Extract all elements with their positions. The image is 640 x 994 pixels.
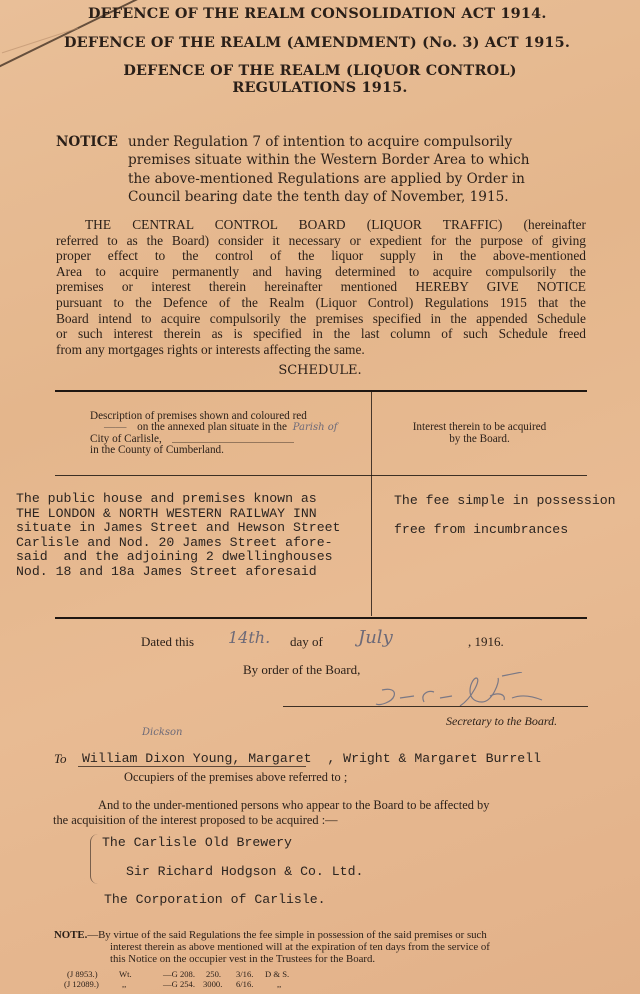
print-wt: Wt.	[119, 969, 132, 979]
interest-line: free from incumbrances	[394, 522, 568, 537]
description-line: The public house and premises known as	[16, 492, 340, 507]
table-bottom-rule	[55, 617, 587, 619]
notice-line: under Regulation 7 of intention to acqui…	[128, 133, 512, 152]
act-title-3a: DEFENCE OF THE REALM (LIQUOR CONTROL)	[0, 62, 640, 79]
body-line: THE CENTRAL CONTROL BOARD (LIQUOR TRAFFI…	[56, 217, 586, 233]
notice-line: Council bearing date the tenth day of No…	[128, 188, 509, 207]
affected-intro: And to the under-mentioned persons who a…	[98, 798, 489, 813]
body-line: Board intend to acquire compulsorily the…	[56, 311, 586, 327]
to-label: To	[54, 751, 67, 767]
schedule-title: SCHEDULE.	[0, 363, 640, 378]
affected-intro: the acquisition of the interest proposed…	[53, 813, 338, 828]
table-header-rule	[55, 475, 587, 476]
affected-party: Sir Richard Hodgson & Co. Ltd.	[126, 864, 363, 879]
act-title-3b: REGULATIONS 1915.	[0, 79, 640, 96]
description-line: Carlisle and Nod. 20 James Street afore-	[16, 536, 340, 551]
col1-header-line: in the County of Cumberland.	[90, 444, 224, 457]
notice-line: the above-mentioned Regulations are appl…	[128, 170, 525, 189]
secretary-title: Secretary to the Board.	[446, 714, 557, 729]
interest-line: The fee simple in possession	[394, 493, 616, 508]
affected-party: The Carlisle Old Brewery	[102, 835, 292, 850]
description-line: THE LONDON & NORTH WESTERN RAILWAY INN	[16, 507, 340, 522]
dated-middle: day of	[290, 634, 323, 650]
print-wt: ,,	[122, 979, 126, 989]
dated-year: , 1916.	[468, 634, 504, 650]
document-page: DEFENCE OF THE REALM CONSOLIDATION ACT 1…	[0, 0, 640, 994]
addressee-names: William Dixon Young, Margaret , Wright &…	[82, 751, 541, 766]
print-code: —G 254.	[163, 979, 195, 989]
print-date: 6/16.	[236, 979, 253, 989]
body-line: from any mortgages rights or interests a…	[56, 342, 586, 358]
print-date: 3/16.	[236, 969, 253, 979]
body-line: Area to acquire permanently and having d…	[56, 264, 586, 280]
dated-prefix: Dated this	[141, 634, 194, 650]
col1-header-text: on the annexed plan situate in the	[137, 421, 287, 433]
body-line: pursuant to the Defence of the Realm (Li…	[56, 295, 586, 311]
act-title-1: DEFENCE OF THE REALM CONSOLIDATION ACT 1…	[88, 5, 547, 22]
dash-mark: ——	[104, 421, 126, 433]
notice-heading: NOTICE	[56, 133, 118, 152]
bracket-mark	[90, 834, 98, 884]
act-title-2: DEFENCE OF THE REALM (AMENDMENT) (No. 3)…	[64, 34, 570, 51]
description-line: situate in James Street and Hewson Stree…	[16, 521, 340, 536]
col2-header-line: by the Board.	[372, 433, 587, 446]
description-line: Nod. 18 and 18a James Street aforesaid	[16, 565, 340, 580]
handwritten-parish: Parish of	[293, 422, 338, 433]
body-line: premises or interest therein hereinafter…	[56, 279, 586, 295]
print-code: —G 208.	[163, 969, 195, 979]
print-ref: (J 12089.)	[64, 979, 99, 989]
print-qty: 250.	[206, 969, 221, 979]
handwritten-correction: Dickson	[142, 727, 182, 738]
by-order-text: By order of the Board,	[243, 662, 360, 678]
print-qty: 3000.	[203, 979, 222, 989]
signature-line	[283, 706, 588, 707]
handwritten-month: July	[358, 627, 393, 648]
body-line: or such interest therein as is specified…	[56, 326, 586, 342]
print-ref: (J 8953.)	[67, 969, 98, 979]
note-label: NOTE.	[54, 929, 87, 941]
handwritten-day: 14th.	[228, 628, 270, 647]
print-printer: ,,	[277, 979, 281, 989]
body-paragraph: THE CENTRAL CONTROL BOARD (LIQUOR TRAFFI…	[56, 217, 586, 357]
note-line: this Notice on the occupier vest in the …	[110, 953, 375, 966]
premises-description: The public house and premises known as T…	[16, 492, 340, 579]
occupiers-text: Occupiers of the premises above referred…	[124, 770, 347, 785]
affected-party: The Corporation of Carlisle.	[104, 892, 326, 907]
print-printer: D & S.	[265, 969, 289, 979]
body-line: proper effect to the control of the liqu…	[56, 248, 586, 264]
name-underline	[78, 766, 306, 767]
note-text: —By virtue of the said Regulations the f…	[87, 929, 486, 941]
table-column-divider	[371, 476, 372, 616]
table-top-rule	[55, 390, 587, 392]
notice-lead: NOTICE	[56, 134, 118, 150]
blank-line	[172, 442, 294, 443]
notice-line: premises situate within the Western Bord…	[128, 151, 530, 170]
body-line: referred to as the Board) consider it ne…	[56, 233, 586, 249]
description-line: said and the adjoining 2 dwellinghouses	[16, 550, 340, 565]
